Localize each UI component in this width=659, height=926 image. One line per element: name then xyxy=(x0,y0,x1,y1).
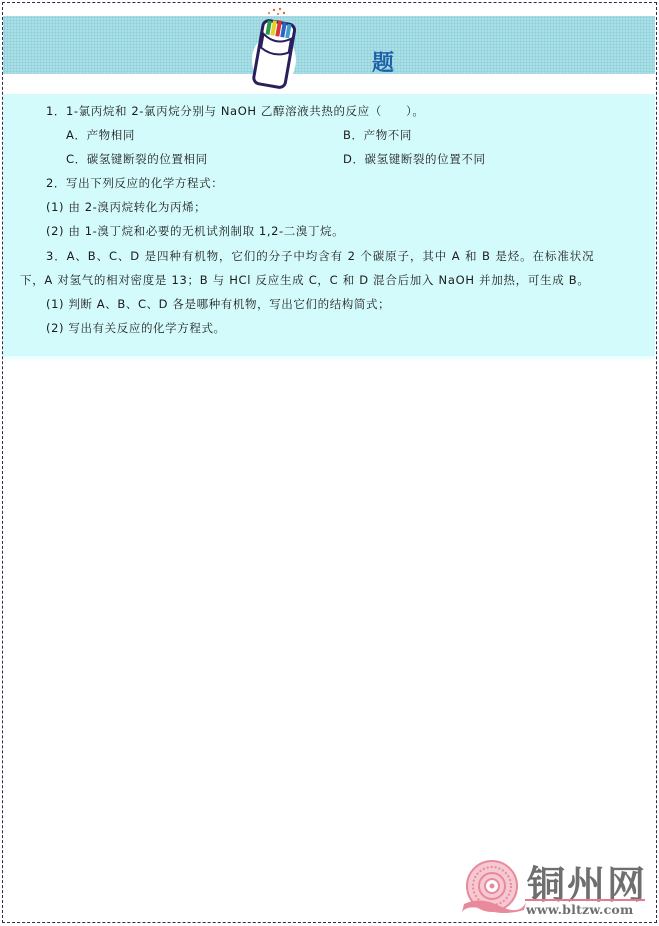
question-2-part-2: (2) 由 1-溴丁烷和必要的无机试剂制取 1,2-二溴丁烷。 xyxy=(46,223,344,239)
question-3-stem-line2: 下，A 对氢气的相对密度是 13；B 与 HCl 反应生成 C，C 和 D 混合… xyxy=(20,272,590,288)
header-banner: 习 题 xyxy=(3,16,655,74)
banner-spacer xyxy=(3,74,655,94)
question-3-stem-line1: 3．A、B、C、D 是四种有机物，它们的分子中均含有 2 个碳原子，其中 A 和… xyxy=(46,248,595,264)
question-1-option-d: D．碳氢键断裂的位置不同 xyxy=(343,151,486,167)
question-1-option-c: C．碳氢键断裂的位置相同 xyxy=(66,151,208,167)
watermark-divider xyxy=(525,899,645,901)
question-3-part-1: (1) 判断 A、B、C、D 各是哪种有机物，写出它们的结构简式； xyxy=(46,296,390,312)
page-title: 习 题 xyxy=(3,16,655,74)
question-2-part-1: (1) 由 2-溴丙烷转化为丙烯； xyxy=(46,199,206,215)
pencil-cup-icon xyxy=(234,0,314,95)
question-1-option-b: B．产物不同 xyxy=(343,127,412,143)
question-1-stem: 1．1-氯丙烷和 2-氯丙烷分别与 NaOH 乙醇溶液共热的反应（ ）。 xyxy=(46,103,425,119)
question-1-option-a: A．产物相同 xyxy=(66,127,135,143)
question-2-stem: 2．写出下列反应的化学方程式： xyxy=(46,175,223,191)
watermark-url: www.bltzw.com xyxy=(526,902,633,917)
title-char-right: 题 xyxy=(372,46,394,77)
emblem-icon xyxy=(460,858,526,920)
watermark-logo: 铜州网 www.bltzw.com xyxy=(460,858,650,920)
question-3-part-2: (2) 写出有关反应的化学方程式。 xyxy=(46,320,226,336)
